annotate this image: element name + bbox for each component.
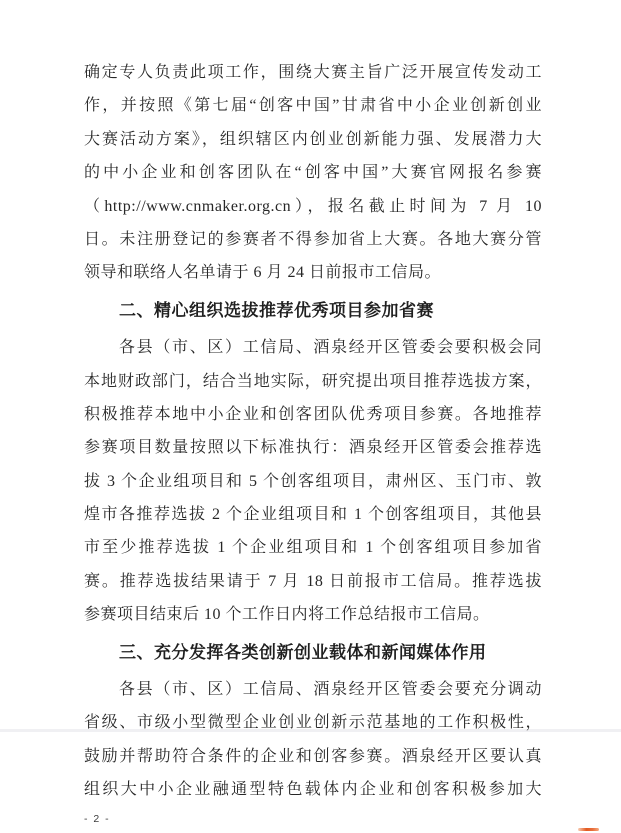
text-line: 大赛活动方案》，组织辖区内创业创新能力强、发展潜力大 bbox=[84, 123, 542, 156]
text-line: 领导和联络人名单请于 6 月 24 日前报市工信局。 bbox=[84, 256, 542, 289]
scanned-document-page: 确定专人负责此项工作，围绕大赛主旨广泛开展宣传发动工 作，并按照《第七届“创客中… bbox=[0, 0, 621, 833]
document-body: 确定专人负责此项工作，围绕大赛主旨广泛开展宣传发动工 作，并按照《第七届“创客中… bbox=[84, 56, 542, 807]
text-line: 参赛项目数量按照以下标准执行：酒泉经开区管委会推荐选 bbox=[84, 431, 542, 464]
text-line-url: （http://www.cnmaker.org.cn），报名截止时间为 7 月 … bbox=[84, 190, 542, 223]
text-line: 各县（市、区）工信局、酒泉经开区管委会要充分调动 bbox=[84, 673, 542, 706]
text-line: 省级、市级小型微型企业创业创新示范基地的工作积极性， bbox=[84, 706, 542, 739]
section-2-heading: 二、精心组织选拔推荐优秀项目参加省赛 bbox=[84, 294, 542, 327]
text-line: 市至少推荐选拔 1 个企业组项目和 1 个创客组项目参加省 bbox=[84, 531, 542, 564]
text-line: 日。未注册登记的参赛者不得参加省上大赛。各地大赛分管 bbox=[84, 223, 542, 256]
text-line: 参赛项目结束后 10 个工作日内将工作总结报市工信局。 bbox=[84, 598, 542, 631]
text-line: 积极推荐本地中小企业和创客团队优秀项目参赛。各地推荐 bbox=[84, 398, 542, 431]
text-line: 赛。推荐选拔结果请于 7 月 18 日前报市工信局。推荐选拔 bbox=[84, 565, 542, 598]
text-line: 鼓励并帮助符合条件的企业和创客参赛。酒泉经开区要认真 bbox=[84, 740, 542, 773]
text-line: 煌市各推荐选拔 2 个企业组项目和 1 个创客组项目，其他县 bbox=[84, 498, 542, 531]
text-line: 本地财政部门，结合当地实际，研究提出项目推荐选拔方案， bbox=[84, 365, 542, 398]
section-3-heading: 三、充分发挥各类创新创业载体和新闻媒体作用 bbox=[84, 636, 542, 669]
text-line: 作，并按照《第七届“创客中国”甘肃省中小企业创新创业 bbox=[84, 89, 542, 122]
text-line: 各县（市、区）工信局、酒泉经开区管委会要积极会同 bbox=[84, 331, 542, 364]
text-line: 确定专人负责此项工作，围绕大赛主旨广泛开展宣传发动工 bbox=[84, 56, 542, 89]
page-number: - 2 - bbox=[84, 813, 110, 825]
scan-artifact-mark bbox=[578, 828, 599, 831]
text-line: 组织大中小企业融通型特色载体内企业和创客积极参加大 bbox=[84, 773, 542, 806]
text-line: 的中小企业和创客团队在“创客中国”大赛官网报名参赛 bbox=[84, 156, 542, 189]
text-line: 拔 3 个企业组项目和 5 个创客组项目，肃州区、玉门市、敦 bbox=[84, 465, 542, 498]
